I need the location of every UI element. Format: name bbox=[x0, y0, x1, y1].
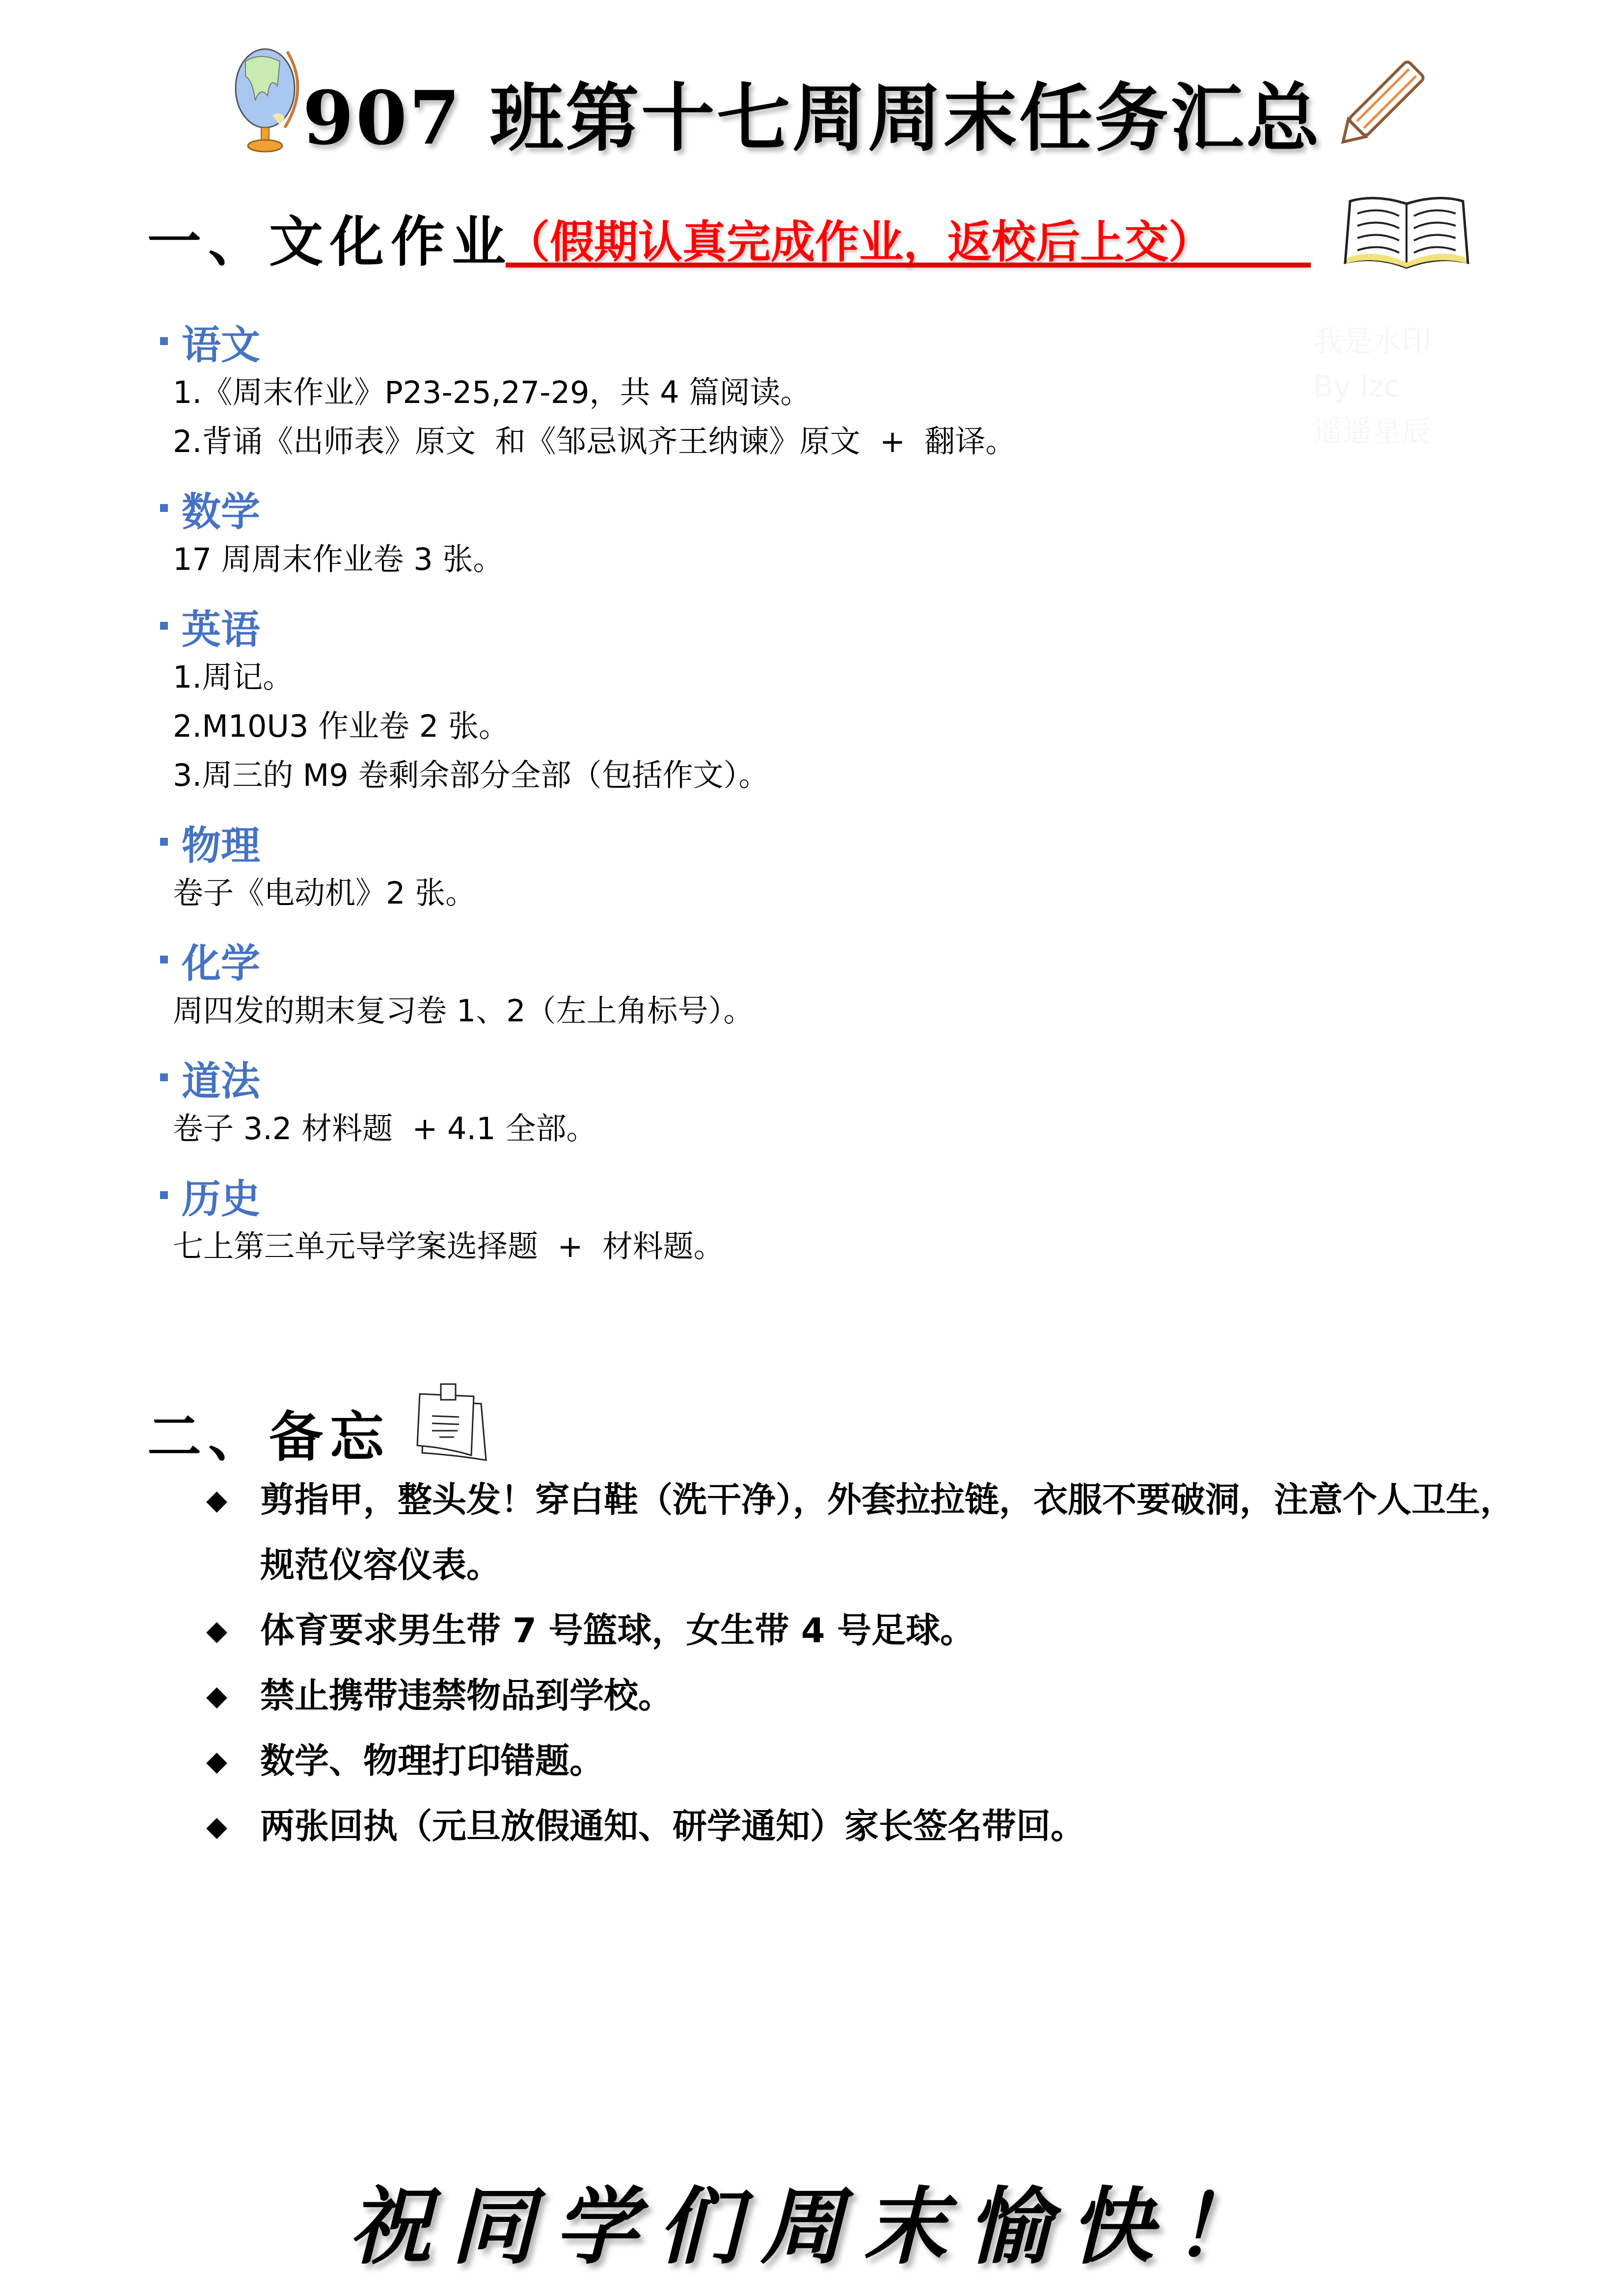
diamond-bullet-icon: ◆ bbox=[206, 1598, 260, 1663]
memo-item: ◆数学、物理打印错题。 bbox=[206, 1729, 1542, 1794]
diamond-bullet-icon: ◆ bbox=[206, 1729, 260, 1794]
task-line: 卷子《电动机》2 张。 bbox=[173, 869, 476, 918]
bullet-square-icon bbox=[160, 337, 168, 345]
task-line: 1.周记。 bbox=[173, 653, 769, 702]
subject-chemistry: 化学 周四发的期末复习卷 1、2（左上角标号）。 bbox=[160, 933, 754, 1036]
bullet-square-icon bbox=[160, 1191, 168, 1199]
memo-item: ◆禁止携带违禁物品到学校。 bbox=[206, 1663, 1542, 1729]
subject-math: 数学 17 周周末作业卷 3 张。 bbox=[160, 481, 503, 584]
task-line: 3.周三的 M9 卷剩余部分全部（包括作文）。 bbox=[173, 751, 769, 800]
memo-item: ◆体育要求男生带 7 号篮球，女生带 4 号足球。 bbox=[206, 1598, 1542, 1663]
memo-item: ◆两张回执（元旦放假通知、研学通知）家长签名带回。 bbox=[206, 1794, 1542, 1859]
watermark: 我是水印 By lzc 遥遥星辰 bbox=[1313, 319, 1431, 454]
subject-chinese: 语文 1.《周末作业》P23-25,27-29，共 4 篇阅读。 2.背诵《出师… bbox=[160, 314, 1016, 466]
bullet-square-icon bbox=[160, 504, 168, 512]
bullet-square-icon bbox=[160, 622, 168, 630]
note-underline bbox=[506, 263, 1311, 267]
task-line: 卷子 3.2 材料题 + 4.1 全部。 bbox=[173, 1104, 596, 1153]
bullet-square-icon bbox=[160, 956, 168, 963]
diamond-bullet-icon: ◆ bbox=[206, 1794, 260, 1859]
closing-message: 祝同学们周末愉快！ bbox=[0, 2160, 1624, 2280]
memo-note-icon bbox=[407, 1374, 491, 1463]
task-line: 1.《周末作业》P23-25,27-29，共 4 篇阅读。 bbox=[173, 368, 1016, 417]
section-heading-homework: 一、文化作业 bbox=[147, 199, 513, 276]
diamond-bullet-icon: ◆ bbox=[206, 1663, 260, 1729]
task-line: 周四发的期末复习卷 1、2（左上角标号）。 bbox=[173, 987, 754, 1036]
pencil-icon bbox=[1328, 59, 1431, 152]
memo-list: ◆剪指甲，整头发！穿白鞋（洗干净），外套拉拉链，衣服不要破洞，注意个人卫生，规范… bbox=[206, 1468, 1542, 1859]
task-line: 17 周周末作业卷 3 张。 bbox=[173, 535, 503, 584]
section-heading-memo: 二、备忘 bbox=[147, 1394, 391, 1471]
subject-physics: 物理 卷子《电动机》2 张。 bbox=[160, 815, 476, 918]
homework-note: （假期认真完成作业，返校后上交） bbox=[506, 206, 1213, 270]
subject-history: 历史 七上第三单元导学案选择题 + 材料题。 bbox=[160, 1168, 724, 1271]
bullet-square-icon bbox=[160, 1073, 168, 1081]
open-book-icon bbox=[1340, 194, 1473, 272]
memo-item: ◆剪指甲，整头发！穿白鞋（洗干净），外套拉拉链，衣服不要破洞，注意个人卫生，规范… bbox=[206, 1468, 1542, 1598]
subject-english: 英语 1.周记。 2.M10U3 作业卷 2 张。 3.周三的 M9 卷剩余部分… bbox=[160, 599, 769, 800]
task-line: 2.M10U3 作业卷 2 张。 bbox=[173, 702, 769, 751]
bullet-square-icon bbox=[160, 838, 168, 846]
task-line: 七上第三单元导学案选择题 + 材料题。 bbox=[173, 1222, 724, 1271]
task-line: 2.背诵《出师表》原文 和《邹忌讽齐王纳谏》原文 + 翻译。 bbox=[173, 417, 1016, 466]
diamond-bullet-icon: ◆ bbox=[206, 1468, 260, 1598]
subject-morality-law: 道法 卷子 3.2 材料题 + 4.1 全部。 bbox=[160, 1050, 596, 1153]
